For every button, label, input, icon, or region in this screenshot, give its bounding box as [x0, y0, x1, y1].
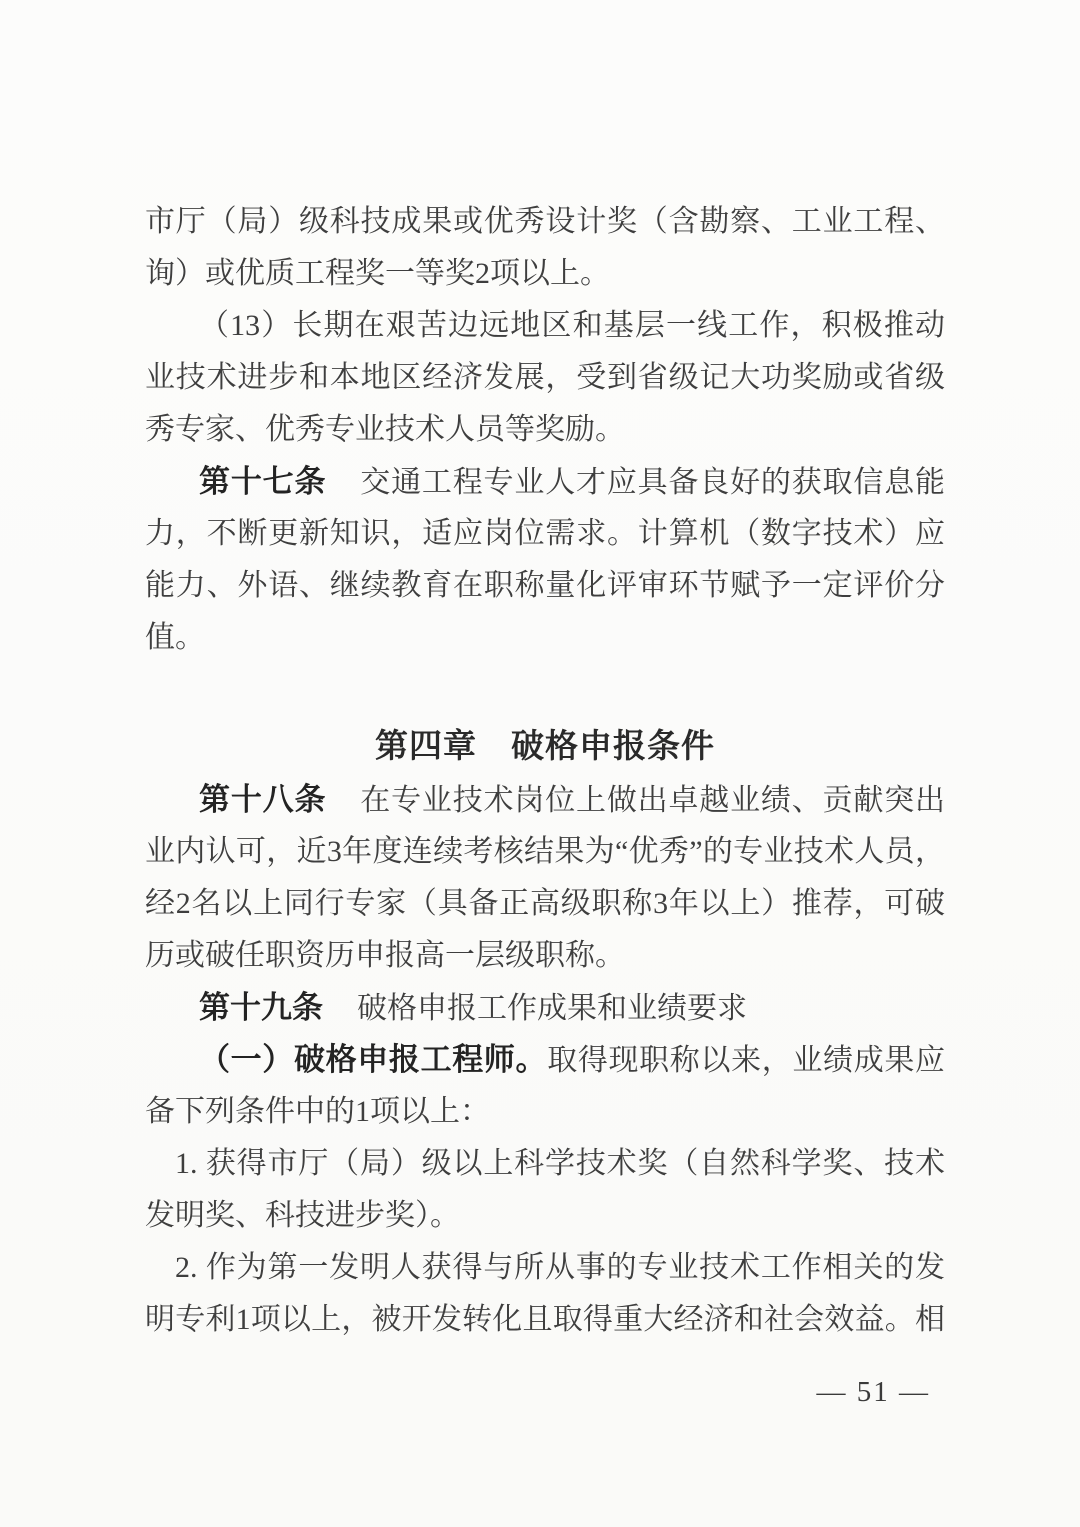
- line-text: 业内认可，近3年度连续考核结果为“优秀”的专业技术人员，: [145, 835, 945, 868]
- document-text-block: 市厅（局）级科技成果或优秀设计奖（含勘察、工业工程、咨 询）或优质工程奖一等奖2…: [145, 196, 945, 1346]
- body-line: 经2名以上同行专家（具备正高级职称3年以上）推荐，可破学: [145, 878, 945, 930]
- blank-line: [145, 664, 945, 718]
- document-page: 市厅（局）级科技成果或优秀设计奖（含勘察、工业工程、咨 询）或优质工程奖一等奖2…: [0, 0, 1080, 1527]
- article-19-label: 第十九条: [199, 990, 323, 1025]
- body-line: 询）或优质工程奖一等奖2项以上。: [145, 248, 945, 300]
- article-17-label: 第十七条: [199, 464, 326, 499]
- article-17-line: 第十七条交通工程专业人才应具备良好的获取信息能: [145, 456, 945, 508]
- line-text: 历或破任职资历申报高一层级职称。: [145, 939, 625, 972]
- page-number: — 51 —: [817, 1372, 931, 1412]
- line-text: 业技术进步和本地区经济发展，受到省级记大功奖励或省级优: [145, 361, 945, 404]
- body-line: 业技术进步和本地区经济发展，受到省级记大功奖励或省级优: [145, 352, 945, 404]
- line-text: 备下列条件中的1项以上：: [145, 1095, 490, 1128]
- line-text: 明专利1项以上，被开发转化且取得重大经济和社会效益。相关: [145, 1303, 945, 1346]
- item-1-line: 1. 获得市厅（局）级以上科学技术奖（自然科学奖、技术: [145, 1138, 945, 1190]
- chapter-heading: 第四章 破格申报条件: [145, 718, 945, 774]
- body-line: 力，不断更新知识，适应岗位需求。计算机（数字技术）应用: [145, 508, 945, 560]
- body-line: 发明奖、科技进步奖）。: [145, 1190, 945, 1242]
- body-line: 明专利1项以上，被开发转化且取得重大经济和社会效益。相关: [145, 1294, 945, 1346]
- clause-1-label: （一）破格申报工程师。: [199, 1042, 547, 1077]
- article-19-line: 第十九条破格申报工作成果和业绩要求: [145, 982, 945, 1034]
- line-text: 破格申报工作成果和业绩要求: [357, 992, 747, 1025]
- line-text: （13）长期在艰苦边远地区和基层一线工作，积极推动行: [199, 309, 945, 352]
- line-text: 力，不断更新知识，适应岗位需求。计算机（数字技术）应用: [145, 517, 945, 560]
- clause-1-line: （一）破格申报工程师。取得现职称以来，业绩成果应具: [145, 1034, 945, 1086]
- line-text: 2. 作为第一发明人获得与所从事的专业技术工作相关的发: [175, 1251, 945, 1284]
- line-text: 询）或优质工程奖一等奖2项以上。: [145, 257, 610, 290]
- article-18-line: 第十八条在专业技术岗位上做出卓越业绩、贡献突出且: [145, 774, 945, 826]
- line-text: 秀专家、优秀专业技术人员等奖励。: [145, 413, 625, 446]
- body-line: 值。: [145, 612, 945, 664]
- line-text: 交通工程专业人才应具备良好的获取信息能: [360, 466, 945, 499]
- item-2-line: 2. 作为第一发明人获得与所从事的专业技术工作相关的发: [145, 1242, 945, 1294]
- line-text: 能力、外语、继续教育在职称量化评审环节赋予一定评价分: [145, 569, 945, 602]
- body-line: 备下列条件中的1项以上：: [145, 1086, 945, 1138]
- body-line: 秀专家、优秀专业技术人员等奖励。: [145, 404, 945, 456]
- line-text: 发明奖、科技进步奖）。: [145, 1199, 460, 1232]
- body-line: （13）长期在艰苦边远地区和基层一线工作，积极推动行: [145, 300, 945, 352]
- line-text: 经2名以上同行专家（具备正高级职称3年以上）推荐，可破学: [145, 887, 945, 930]
- body-line: 市厅（局）级科技成果或优秀设计奖（含勘察、工业工程、咨: [145, 196, 945, 248]
- line-text: 1. 获得市厅（局）级以上科学技术奖（自然科学奖、技术: [175, 1147, 945, 1180]
- line-text: 值。: [145, 621, 205, 654]
- article-18-label: 第十八条: [199, 782, 326, 817]
- body-line: 能力、外语、继续教育在职称量化评审环节赋予一定评价分: [145, 560, 945, 612]
- body-line: 历或破任职资历申报高一层级职称。: [145, 930, 945, 982]
- line-text: 市厅（局）级科技成果或优秀设计奖（含勘察、工业工程、咨: [145, 205, 945, 248]
- body-line: 业内认可，近3年度连续考核结果为“优秀”的专业技术人员，: [145, 826, 945, 878]
